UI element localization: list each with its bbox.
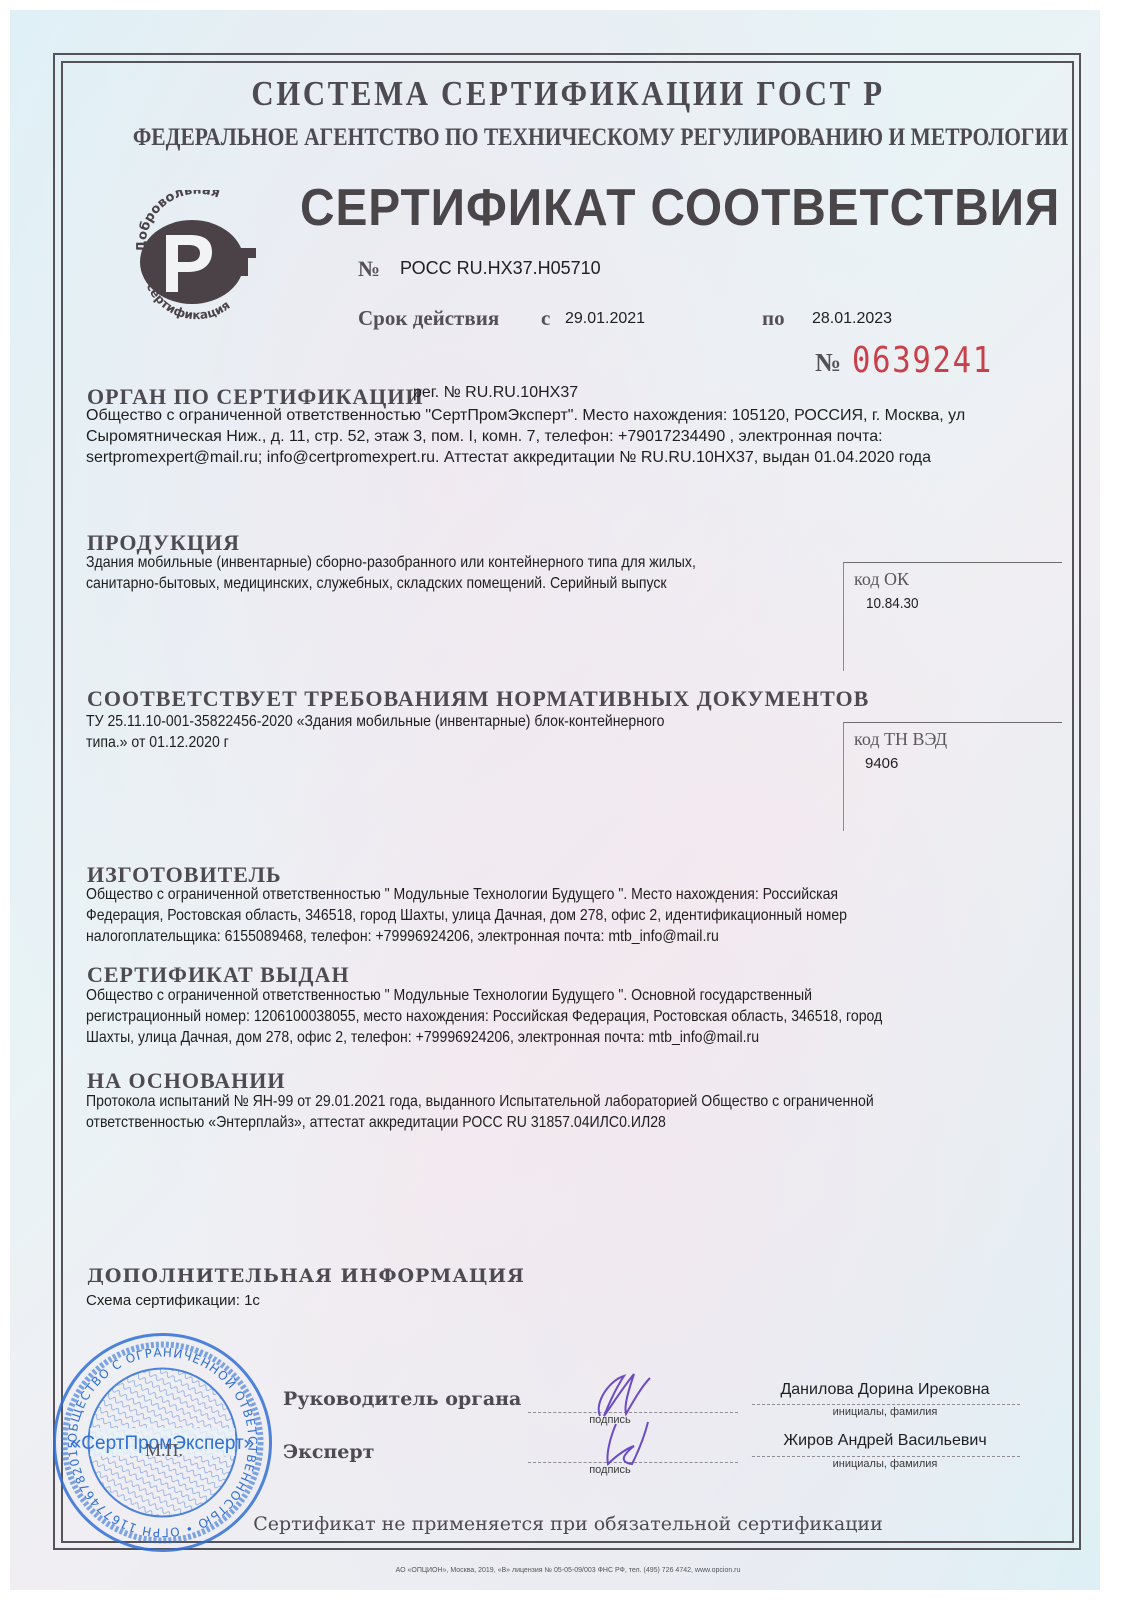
head-name-caption: инициалы, фамилия	[750, 1406, 1020, 1418]
standards-text: ТУ 25.11.10-001-35822456-2020 «Здания мо…	[86, 711, 664, 753]
text-line: ответственностью «Энтерплайз», аттестат …	[86, 1112, 874, 1133]
standards-heading: СООТВЕТСТВУЕТ ТРЕБОВАНИЯМ НОРМАТИВНЫХ ДО…	[87, 686, 869, 712]
tnved-code-label: код ТН ВЭД	[854, 729, 947, 750]
head-name: Данилова Дорина Ирековна	[750, 1381, 1020, 1399]
additional-heading: ДОПОЛНИТЕЛЬНАЯ ИНФОРМАЦИЯ	[87, 1265, 525, 1287]
seal-place-label: М.П.	[145, 1440, 183, 1461]
text-line: Протокола испытаний № ЯН-99 от 29.01.202…	[86, 1091, 874, 1112]
number-sign: №	[358, 256, 380, 282]
basis-text: Протокола испытаний № ЯН-99 от 29.01.202…	[86, 1091, 874, 1133]
text-line: ТУ 25.11.10-001-35822456-2020 «Здания мо…	[86, 711, 664, 732]
tnved-code-value: 9406	[865, 755, 898, 772]
certificate-title: СЕРТИФИКАТ СООТВЕТСТВИЯ	[300, 178, 1060, 238]
system-title: СИСТЕМА СЕРТИФИКАЦИИ ГОСТ Р	[123, 74, 1014, 114]
okpd-code-label: код ОК	[854, 569, 909, 590]
manufacturer-text: Общество с ограниченной ответственностью…	[86, 884, 847, 947]
expert-name: Жиров Андрей Васильевич	[750, 1432, 1020, 1450]
expert-signature-icon	[598, 1418, 658, 1470]
printer-imprint: АО «ОПЦИОН», Москва, 2019, «В» лицензия …	[62, 1567, 1074, 1574]
product-text: Здания мобильные (инвентарные) сборно-ра…	[86, 552, 696, 594]
issued-to-text: Общество с ограниченной ответственностью…	[86, 985, 882, 1048]
expert-sign-caption: подпись	[560, 1464, 660, 1476]
text-line: Здания мобильные (инвентарные) сборно-ра…	[86, 552, 696, 573]
agency-title: ФЕДЕРАЛЬНОЕ АГЕНТСТВО ПО ТЕХНИЧЕСКОМУ РЕ…	[133, 124, 1003, 152]
okpd-code-box: код ОК 10.84.30	[843, 562, 1062, 671]
validity-to-label: по	[762, 306, 785, 331]
text-line: Схема сертификации: 1с	[86, 1290, 260, 1311]
head-name-line	[752, 1404, 1020, 1405]
blank-number-sign: №	[815, 348, 841, 378]
validity-from-label: с	[541, 306, 550, 331]
text-line: Федерация, Ростовская область, 346518, г…	[86, 905, 847, 926]
text-line: Шахты, улица Дачная, дом 278, офис 2, те…	[86, 1027, 882, 1048]
blank-serial-number: 0639241	[852, 340, 993, 381]
valid-to-date: 28.01.2023	[812, 310, 892, 328]
valid-from-date: 29.01.2021	[565, 310, 645, 328]
text-line: санитарно-бытовых, медицинских, служебны…	[86, 573, 696, 594]
text-line: регистрационный номер: 1206100038055, ме…	[86, 1006, 882, 1027]
text-line: налогоплательщика: 6155089468, телефон: …	[86, 926, 847, 947]
rst-logo-icon: Добровольная сертификация	[132, 190, 262, 320]
validity-label: Срок действия	[358, 306, 499, 331]
organ-registration: рег. № RU.RU.10НХ37	[413, 384, 578, 402]
head-role-label: Руководитель органа	[283, 1388, 521, 1410]
text-line: Общество с ограниченной ответственностью…	[86, 884, 847, 905]
text-line: Общество с ограниченной ответственностью…	[86, 405, 965, 426]
footer-note: Сертификат не применяется при обязательн…	[62, 1513, 1074, 1535]
text-line: sertpromexpert@mail.ru; info@certpromexp…	[86, 447, 965, 468]
additional-text: Схема сертификации: 1с	[86, 1290, 260, 1311]
text-line: типа.» от 01.12.2020 г	[86, 732, 664, 753]
expert-name-caption: инициалы, фамилия	[750, 1458, 1020, 1470]
organ-text: Общество с ограниченной ответственностью…	[86, 405, 965, 468]
certificate-number: РОСС RU.HX37.H05710	[400, 258, 601, 279]
expert-role-label: Эксперт	[283, 1441, 374, 1463]
tnved-code-box: код ТН ВЭД 9406	[843, 722, 1062, 831]
expert-name-line	[752, 1456, 1020, 1457]
text-line: Общество с ограниченной ответственностью…	[86, 985, 882, 1006]
text-line: Сыромятническая Ниж., д. 11, стр. 52, эт…	[86, 426, 965, 447]
okpd-code-value: 10.84.30	[866, 595, 919, 612]
